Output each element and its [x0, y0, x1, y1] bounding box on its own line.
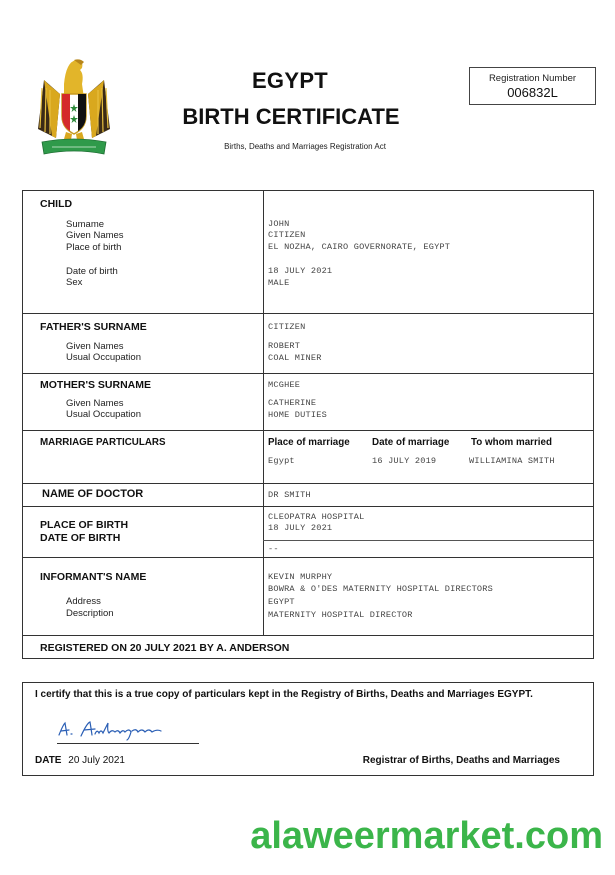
- to-whom-married-value: WILLIAMINA SMITH: [469, 456, 555, 468]
- child-date-of-birth-value: 18 JULY 2021: [268, 266, 332, 278]
- document-subtitle: Births, Deaths and Marriages Registratio…: [180, 142, 430, 151]
- child-given-names-value: CITIZEN: [268, 230, 306, 242]
- watermark-text: alaweermarket.com: [0, 815, 603, 858]
- date-of-marriage-value: 16 JULY 2019: [372, 456, 436, 468]
- signature: [57, 719, 197, 741]
- child-heading: CHILD: [40, 198, 72, 210]
- doctor-value: DR SMITH: [268, 490, 311, 502]
- mother-occupation-label: Usual Occupation: [66, 409, 141, 420]
- row-divider: [23, 430, 593, 431]
- date-of-birth-value: 18 JULY 2021: [268, 523, 332, 535]
- father-given-names-label: Given Names: [66, 341, 124, 352]
- father-given-names-value: ROBERT: [268, 341, 300, 353]
- informant-address-label: Address: [66, 596, 101, 607]
- to-whom-married-header: To whom married: [471, 437, 552, 448]
- signature-line: [57, 743, 199, 744]
- child-date-of-birth-label: Date of birth: [66, 266, 118, 277]
- informant-heading: INFORMANT'S NAME: [40, 571, 146, 583]
- informant-description-label: Description: [66, 608, 114, 619]
- certification-box: I certify that this is a true copy of pa…: [22, 682, 594, 776]
- child-place-of-birth-label: Place of birth: [66, 242, 121, 253]
- registration-number: 006832L: [470, 85, 595, 100]
- registration-number-label: Registration Number: [470, 73, 595, 84]
- row-divider: [23, 373, 593, 374]
- child-sex-value: MALE: [268, 278, 289, 290]
- registration-number-box: Registration Number 006832L: [469, 67, 596, 105]
- column-divider: [263, 191, 264, 635]
- document-title: BIRTH CERTIFICATE: [160, 104, 422, 130]
- row-divider: [23, 313, 593, 314]
- informant-name-value: KEVIN MURPHY: [268, 572, 332, 584]
- registered-statement: REGISTERED ON 20 JULY 2021 BY A. ANDERSO…: [40, 642, 289, 654]
- child-surname-label: Sumame: [66, 219, 104, 230]
- certification-date: DATE 20 July 2021: [35, 755, 125, 766]
- place-of-birth-value: CLEOPATRA HOSPITAL: [268, 512, 364, 524]
- child-given-names-label: Given Names: [66, 230, 124, 241]
- row-divider: [23, 483, 593, 484]
- place-of-marriage-header: Place of marriage: [268, 437, 350, 448]
- father-heading: FATHER'S SURNAME: [40, 321, 147, 333]
- marriage-heading: MARRIAGE PARTICULARS: [40, 437, 166, 448]
- informant-address-line2: EGYPT: [268, 597, 295, 609]
- country-title: EGYPT: [180, 68, 400, 94]
- date-value: 20 July 2021: [68, 755, 125, 766]
- father-occupation-label: Usual Occupation: [66, 352, 141, 363]
- father-occupation-value: COAL MINER: [268, 353, 322, 365]
- row-divider: [23, 506, 593, 507]
- sub-row-divider: [263, 540, 593, 541]
- registrar-title: Registrar of Births, Deaths and Marriage…: [363, 755, 560, 766]
- place-of-birth-heading: PLACE OF BIRTH: [40, 519, 128, 531]
- doctor-heading: NAME OF DOCTOR: [42, 488, 143, 500]
- mother-heading: MOTHER'S SURNAME: [40, 379, 151, 391]
- child-surname-value: JOHN: [268, 219, 289, 231]
- certification-text: I certify that this is a true copy of pa…: [35, 689, 585, 700]
- mother-given-names-label: Given Names: [66, 398, 124, 409]
- date-of-marriage-header: Date of marriage: [372, 437, 449, 448]
- row-divider: [23, 557, 593, 558]
- informant-description-value: MATERNITY HOSPITAL DIRECTOR: [268, 610, 413, 622]
- particulars-table: CHILD Sumame Given Names Place of birth …: [22, 190, 594, 659]
- date-label: DATE: [35, 755, 61, 766]
- mother-surname-value: MCGHEE: [268, 380, 300, 392]
- child-place-of-birth-value: EL NOZHA, CAIRO GOVERNORATE, EGYPT: [268, 242, 450, 254]
- row-divider: [23, 635, 593, 636]
- date-of-birth-heading: DATE OF BIRTH: [40, 532, 120, 544]
- mother-given-names-value: CATHERINE: [268, 398, 316, 410]
- informant-address-line1: BOWRA & O'DES MATERNITY HOSPITAL DIRECTO…: [268, 584, 493, 596]
- father-surname-value: CITIZEN: [268, 322, 306, 334]
- place-of-marriage-value: Egypt: [268, 456, 295, 468]
- birth-extra-value: --: [268, 544, 279, 556]
- child-sex-label: Sex: [66, 277, 82, 288]
- mother-occupation-value: HOME DUTIES: [268, 410, 327, 422]
- egypt-eagle-emblem: [34, 54, 114, 158]
